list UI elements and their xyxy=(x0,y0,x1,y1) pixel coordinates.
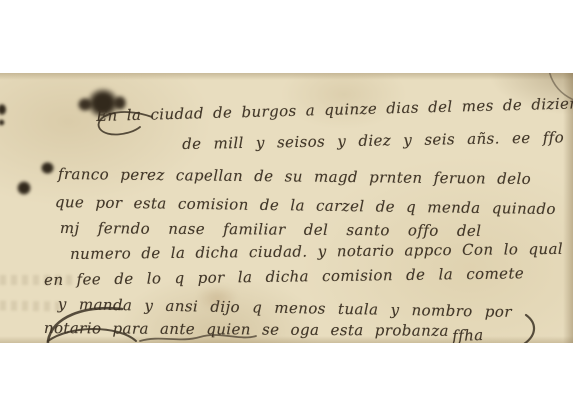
page: En la ciudad de burgos a quinze dias del… xyxy=(0,0,580,420)
manuscript-line-10: ffha xyxy=(452,328,484,343)
manuscript-line-5: mj ferndo nase familiar del santo offo d… xyxy=(60,221,482,239)
manuscript-line-9: notario para ante quien se oga esta prob… xyxy=(44,321,449,339)
manuscript-photo: En la ciudad de burgos a quinze dias del… xyxy=(0,73,573,343)
